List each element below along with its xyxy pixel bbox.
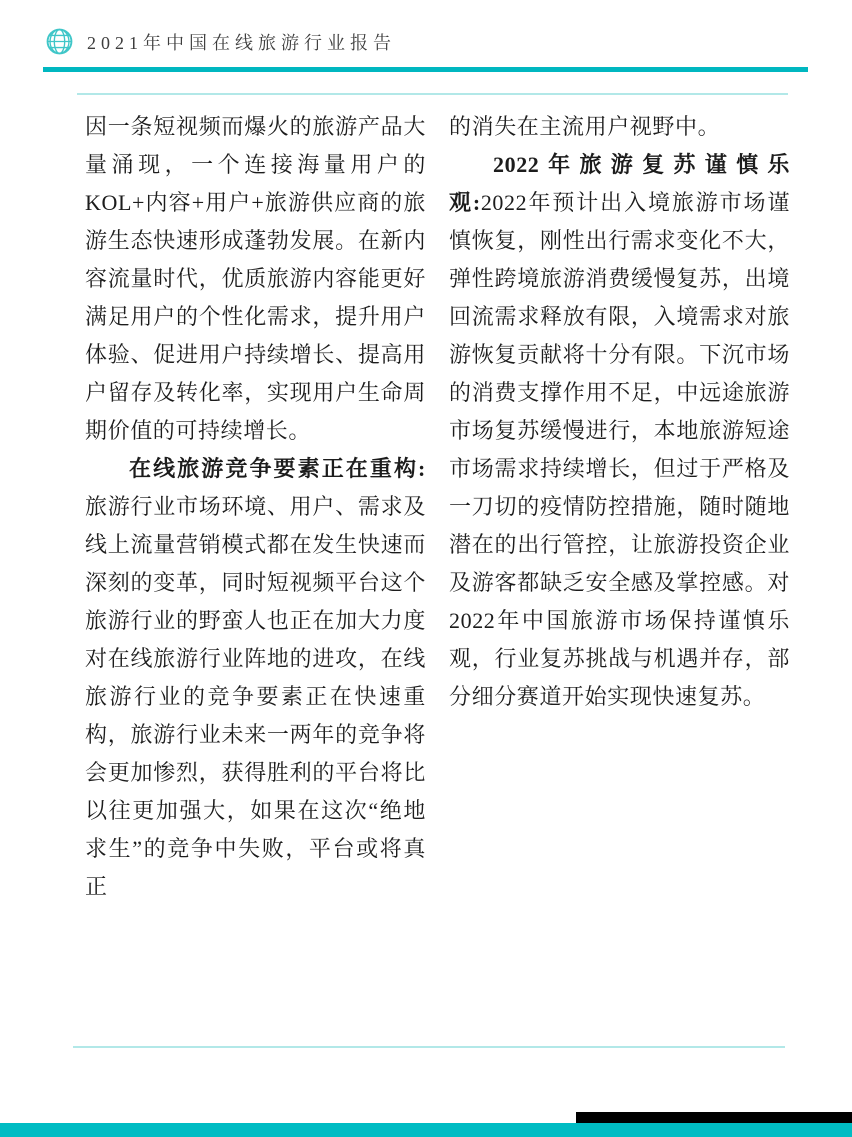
footer-rule-thin [73, 1046, 785, 1048]
paragraph-text: 旅游行业市场环境、用户、需求及线上流量营销模式都在发生快速而深刻的变革，同时短视… [85, 494, 426, 899]
header-rule-thick [43, 67, 808, 72]
paragraph-lead: 在线旅游竞争要素正在重构: [129, 456, 426, 481]
report-page: 2021年中国在线旅游行业报告 因一条短视频而爆火的旅游产品大量涌现，一个连接海… [0, 0, 852, 1137]
right-column: 的消失在主流用户视野中。 2022年旅游复苏谨慎乐观:2022年预计出入境旅游市… [449, 108, 790, 906]
two-column-content: 因一条短视频而爆火的旅游产品大量涌现，一个连接海量用户的KOL+内容+用户+旅游… [85, 108, 791, 906]
footer-black-bar [576, 1112, 852, 1123]
paragraph-2022-recovery-outlook: 2022年旅游复苏谨慎乐观:2022年预计出入境旅游市场谨慎恢复，刚性出行需求变… [449, 146, 790, 716]
paragraph-text: 2022年预计出入境旅游市场谨慎恢复，刚性出行需求变化不大，弹性跨境旅游消费缓慢… [449, 190, 790, 709]
footer-teal-bar [0, 1123, 852, 1137]
paragraph-text: 的消失在主流用户视野中。 [449, 114, 720, 139]
globe-icon [46, 28, 73, 55]
paragraph-text: 因一条短视频而爆火的旅游产品大量涌现，一个连接海量用户的KOL+内容+用户+旅游… [85, 114, 426, 443]
page-header: 2021年中国在线旅游行业报告 [46, 28, 396, 55]
paragraph-continuation: 的消失在主流用户视野中。 [449, 108, 790, 146]
report-title: 2021年中国在线旅游行业报告 [87, 29, 396, 55]
header-rule-thin [77, 93, 788, 95]
paragraph-online-travel-restructure: 在线旅游竞争要素正在重构:旅游行业市场环境、用户、需求及线上流量营销模式都在发生… [85, 450, 426, 906]
paragraph-continuation: 因一条短视频而爆火的旅游产品大量涌现，一个连接海量用户的KOL+内容+用户+旅游… [85, 108, 426, 450]
left-column: 因一条短视频而爆火的旅游产品大量涌现，一个连接海量用户的KOL+内容+用户+旅游… [85, 108, 426, 906]
